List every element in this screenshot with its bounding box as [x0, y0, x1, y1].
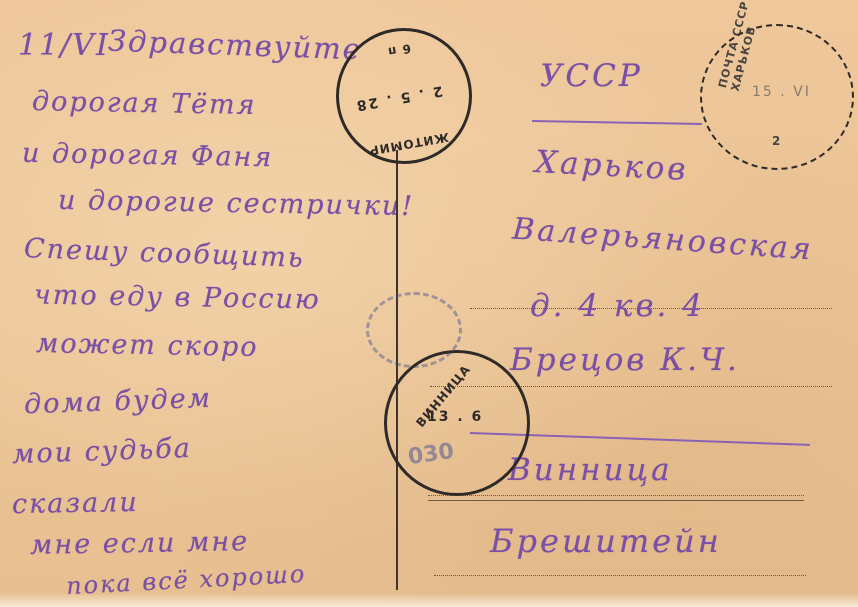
address-street: Валерьяновская: [511, 212, 815, 268]
postmark-date: 15 . VI: [752, 84, 811, 100]
message-line: мне если мне: [30, 526, 250, 561]
ink-underline: [532, 120, 702, 125]
address-sender-2: Брешитейн: [490, 522, 722, 560]
address-sender-1: Винница: [508, 452, 673, 488]
address-rule: [428, 500, 804, 501]
postmark-bottom-text: 6 п: [386, 41, 412, 59]
postmark-date: 2 . 5 . 28: [353, 82, 444, 113]
postmark-ring-text: ПОЧТА СССР · ХАРЬКОВ: [716, 0, 776, 93]
postmark-ring-text: ЖИТОМИР: [368, 130, 450, 158]
message-line: Здравствуйте: [107, 24, 362, 67]
message-line: дома будем: [24, 383, 213, 421]
message-line: Спешу сообщить: [24, 233, 306, 274]
address-recipient: Брецов К.Ч.: [510, 342, 740, 378]
message-line: и дорогая Фаня: [22, 138, 274, 173]
postmark-date: 13 . 6: [427, 409, 483, 425]
message-line: и дорогие сестрички!: [58, 185, 415, 222]
message-line: что еду в Россию: [34, 280, 321, 316]
address-city: Харьков: [534, 144, 689, 188]
postmark-bottom-text: 2: [772, 134, 781, 148]
message-line: сказали: [12, 487, 139, 520]
message-line: дорогая Тётя: [32, 86, 257, 121]
address-house: д. 4 кв. 4: [530, 288, 705, 324]
postmark-middle: ВИННИЦА 13 . 6: [384, 350, 530, 496]
date-mark: 11/VI: [18, 28, 110, 63]
message-line: пока всё хорошо: [65, 560, 307, 601]
message-line: мои судьба: [12, 433, 193, 470]
postcard: 11/VI Здравствуйте дорогая Тётя и дорога…: [0, 0, 858, 607]
message-line: может скоро: [36, 328, 259, 363]
address-country: УССР: [540, 58, 643, 94]
center-divider: [396, 150, 398, 590]
address-rule: [434, 575, 806, 576]
address-rule: [428, 495, 804, 496]
postmark-top-right: ПОЧТА СССР · ХАРЬКОВ 15 . VI 2: [700, 24, 854, 170]
